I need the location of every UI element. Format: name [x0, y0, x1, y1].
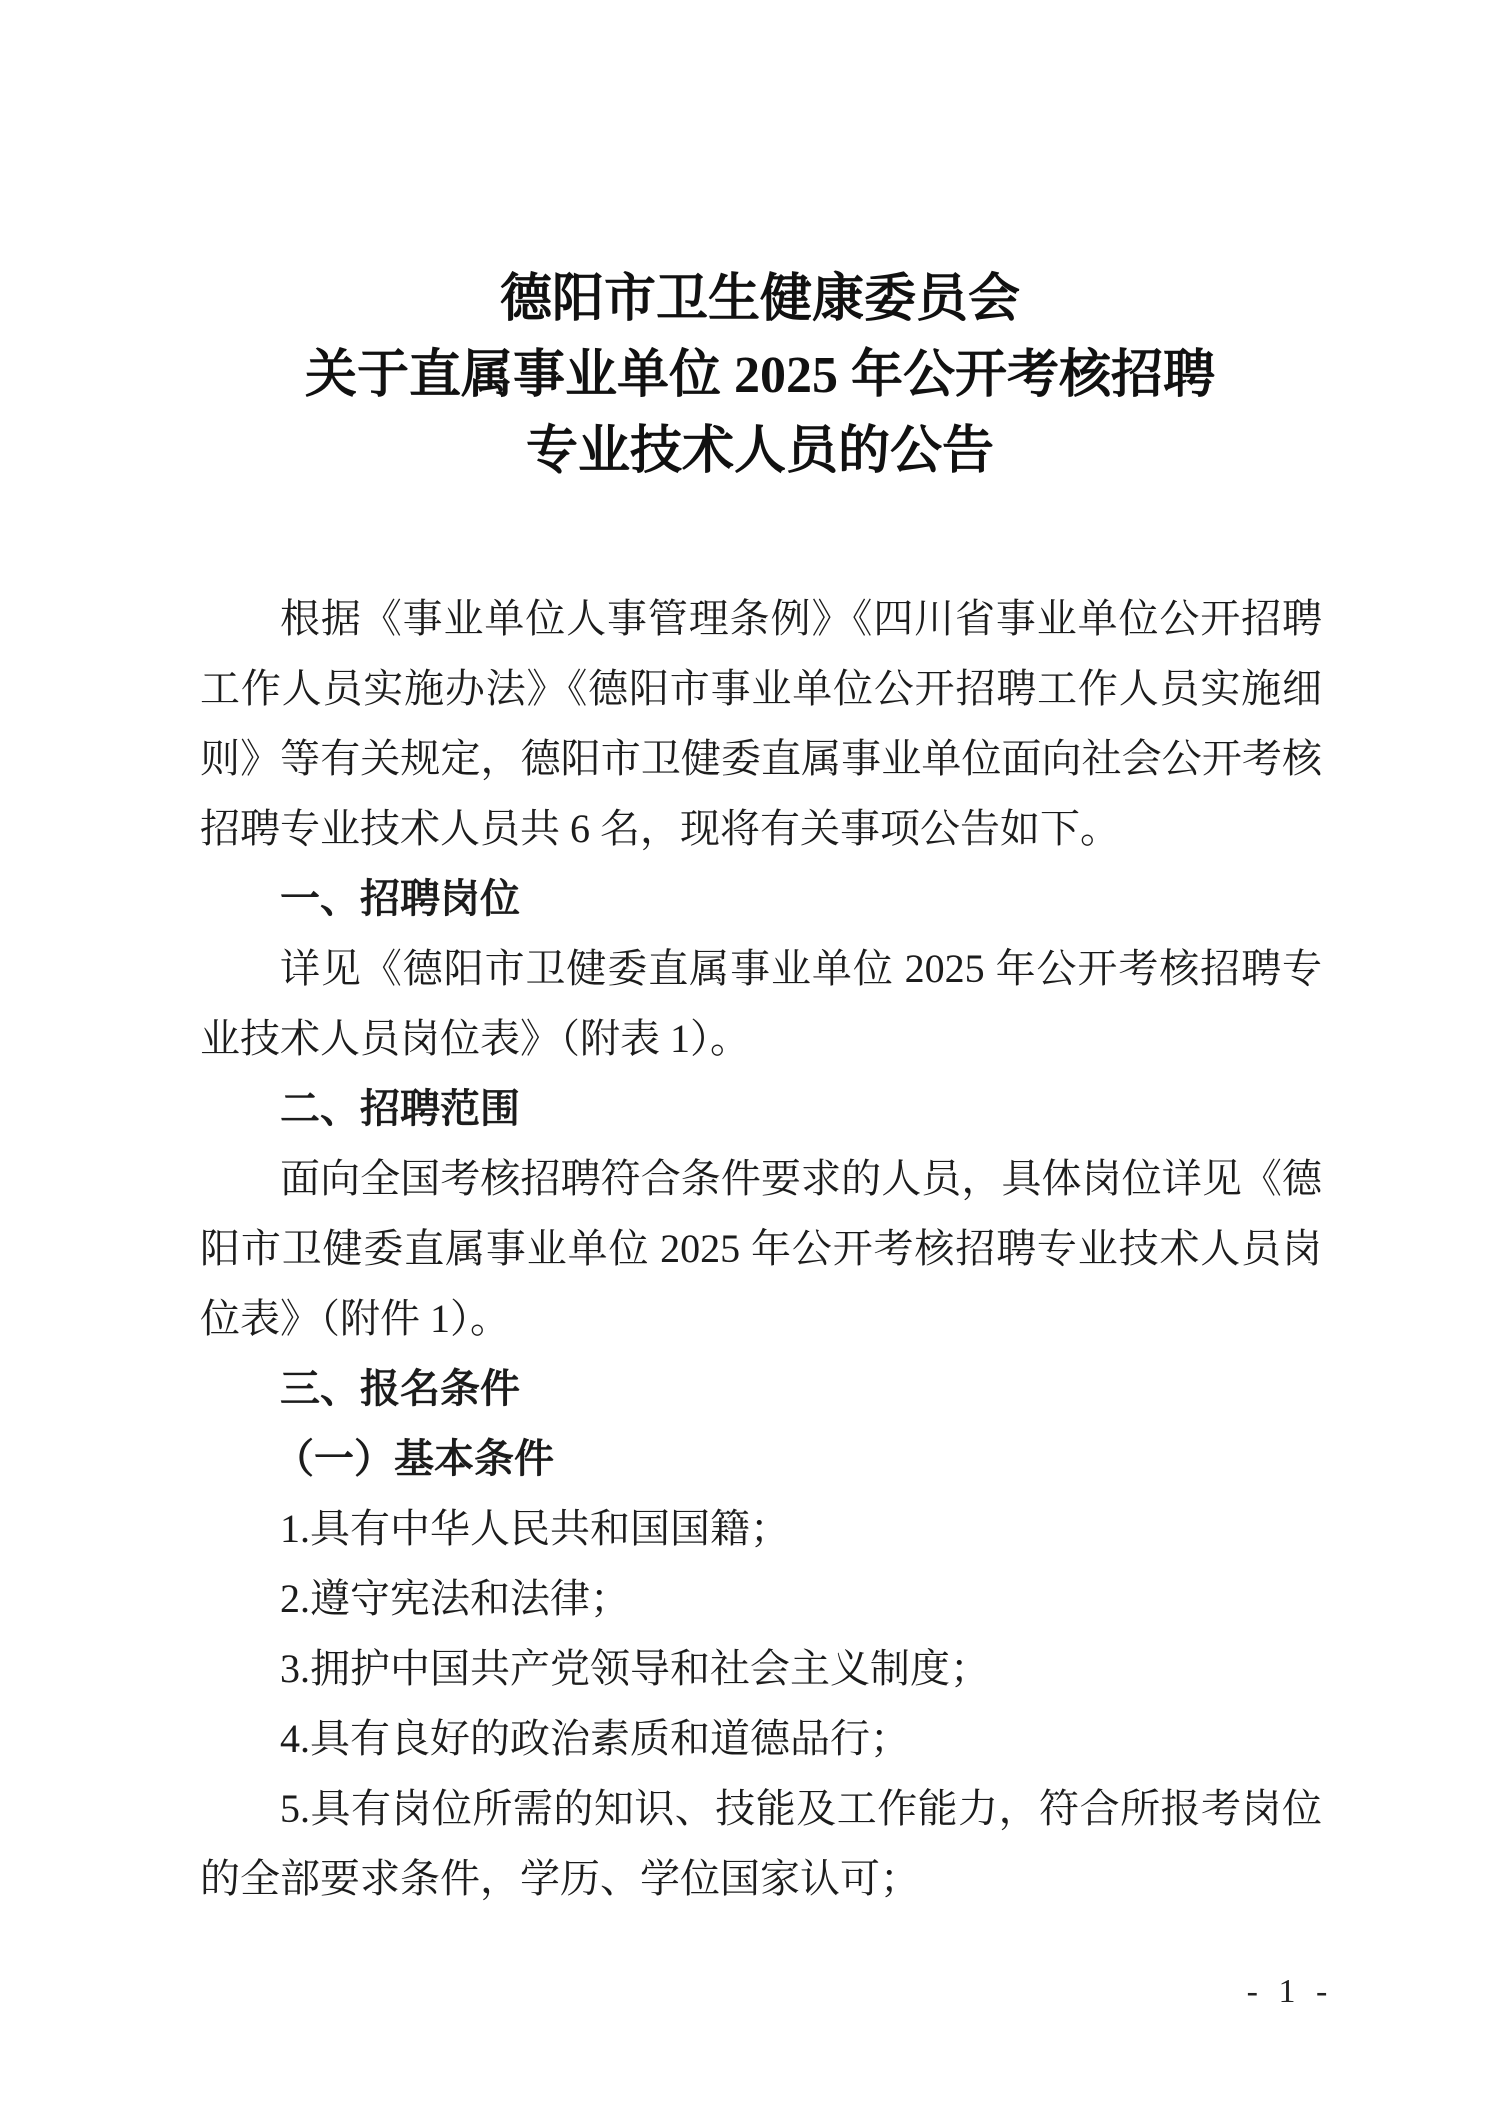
condition-item-5: 5.具有岗位所需的知识、技能及工作能力，符合所报考岗位的全部要求条件，学历、学位…	[200, 1774, 1322, 1914]
condition-item-2: 2.遵守宪法和法律；	[200, 1564, 1322, 1634]
intro-paragraph: 根据《事业单位人事管理条例》《四川省事业单位公开招聘工作人员实施办法》《德阳市事…	[200, 584, 1322, 864]
section-heading-1: 一、招聘岗位	[200, 864, 1322, 934]
title-line-2: 关于直属事业单位 2025 年公开考核招聘	[200, 338, 1320, 414]
section-2-paragraph: 面向全国考核招聘符合条件要求的人员，具体岗位详见《德阳市卫健委直属事业单位 20…	[200, 1144, 1322, 1354]
document-body: 根据《事业单位人事管理条例》《四川省事业单位公开招聘工作人员实施办法》《德阳市事…	[200, 584, 1322, 1914]
document-title: 德阳市卫生健康委员会 关于直属事业单位 2025 年公开考核招聘 专业技术人员的…	[200, 262, 1320, 490]
section-heading-2: 二、招聘范围	[200, 1074, 1322, 1144]
condition-item-4: 4.具有良好的政治素质和道德品行；	[200, 1704, 1322, 1774]
document-page: 德阳市卫生健康委员会 关于直属事业单位 2025 年公开考核招聘 专业技术人员的…	[0, 0, 1500, 2121]
section-heading-3: 三、报名条件	[200, 1354, 1322, 1424]
condition-item-3: 3.拥护中国共产党领导和社会主义制度；	[200, 1634, 1322, 1704]
condition-item-1: 1.具有中华人民共和国国籍；	[200, 1494, 1322, 1564]
page-number: - 1 -	[1195, 1972, 1385, 2012]
title-line-3: 专业技术人员的公告	[200, 414, 1320, 490]
title-line-1: 德阳市卫生健康委员会	[200, 262, 1320, 338]
subsection-heading-1: （一）基本条件	[200, 1424, 1322, 1494]
section-1-paragraph: 详见《德阳市卫健委直属事业单位 2025 年公开考核招聘专业技术人员岗位表》（附…	[200, 934, 1322, 1074]
